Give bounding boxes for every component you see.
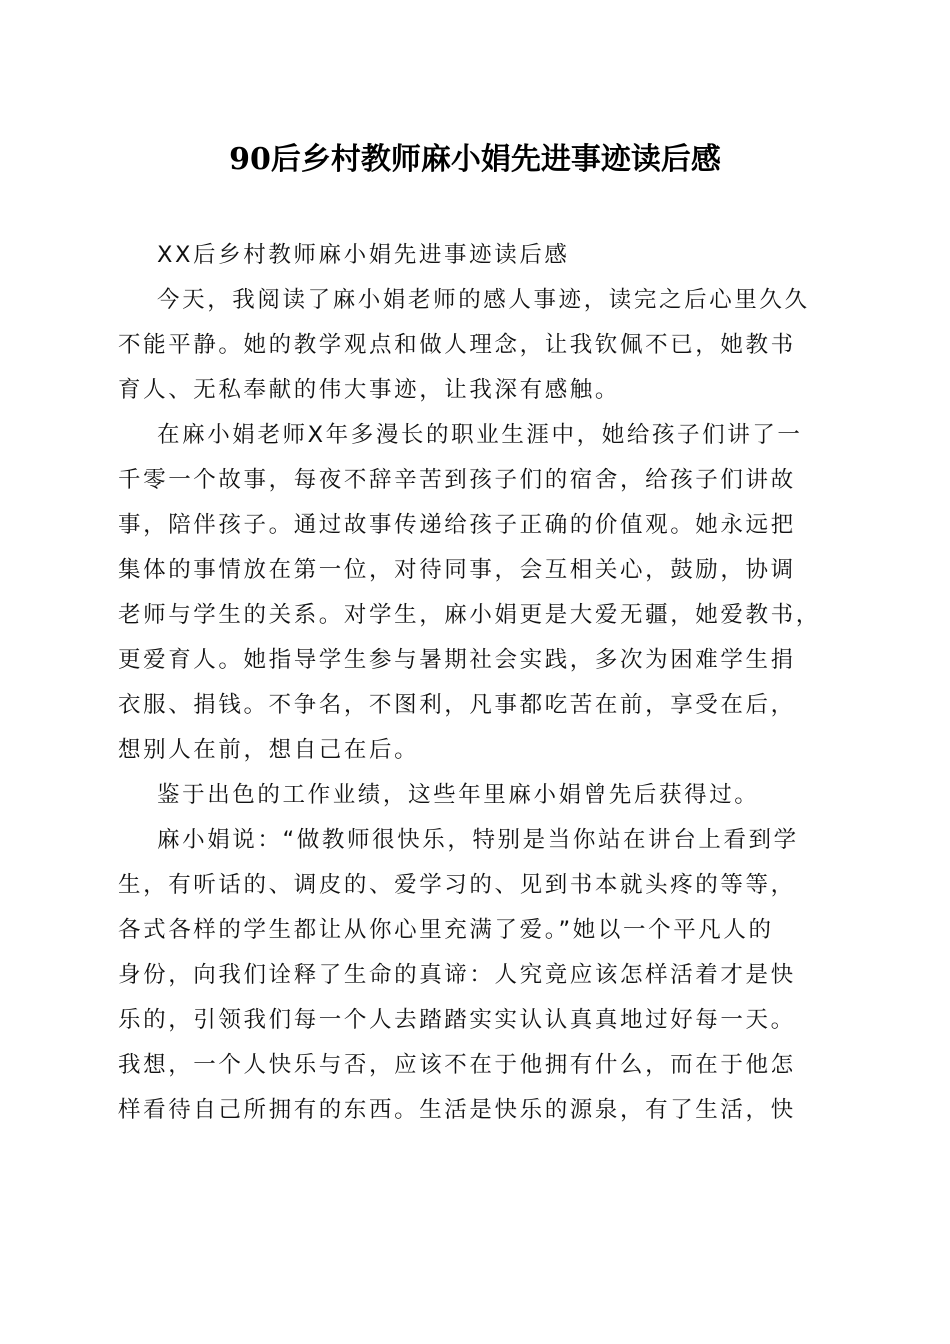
body-line: 身份，向我们诠释了生命的真谛：人究竟应该怎样活着才是快 (118, 953, 838, 998)
body-line: 千零一个故事，每夜不辞辛苦到孩子们的宿舍，给孩子们讲故 (118, 458, 838, 503)
body-line: 不能平静。她的教学观点和做人理念，让我钦佩不已，她教书 (118, 323, 838, 368)
body-line: 更爱育人。她指导学生参与暑期社会实践，多次为困难学生捐 (118, 638, 838, 683)
body-line: 在麻小娟老师X年多漫长的职业生涯中，她给孩子们讲了一 (118, 413, 838, 458)
body-line: 我想，一个人快乐与否，应该不在于他拥有什么，而在于他怎 (118, 1043, 838, 1088)
document-title: 90后乡村教师麻小娟先进事迹读后感 (0, 138, 950, 182)
body-line: 今天，我阅读了麻小娟老师的感人事迹，读完之后心里久久 (118, 278, 838, 323)
body-line: 衣服、捐钱。不争名，不图利，凡事都吃苦在前，享受在后， (118, 683, 838, 728)
body-line: 鉴于出色的工作业绩，这些年里麻小娟曾先后获得过。 (118, 773, 838, 818)
body-line: 乐的，引领我们每一个人去踏踏实实认认真真地过好每一天。 (118, 998, 838, 1043)
body-line: 育人、无私奉献的伟大事迹，让我深有感触。 (118, 368, 838, 413)
body-line: 事，陪伴孩子。通过故事传递给孩子正确的价值观。她永远把 (118, 503, 838, 548)
subtitle-line: XX后乡村教师麻小娟先进事迹读后感 (118, 233, 838, 278)
body-line: 老师与学生的关系。对学生，麻小娟更是大爱无疆，她爱教书， (118, 593, 838, 638)
body-line: 想别人在前，想自己在后。 (118, 728, 838, 773)
body-line: 麻小娟说：“做教师很快乐，特别是当你站在讲台上看到学 (118, 818, 838, 863)
body-line: 生，有听话的、调皮的、爱学习的、见到书本就头疼的等等， (118, 863, 838, 908)
body-line: 样看待自己所拥有的东西。生活是快乐的源泉，有了生活，快 (118, 1088, 838, 1133)
document-body: XX后乡村教师麻小娟先进事迹读后感 今天，我阅读了麻小娟老师的感人事迹，读完之后… (118, 233, 838, 1133)
document-page: 90后乡村教师麻小娟先进事迹读后感 XX后乡村教师麻小娟先进事迹读后感 今天，我… (0, 0, 950, 1344)
body-line: 各式各样的学生都让从你心里充满了爱。”她以一个平凡人的 (118, 908, 838, 953)
body-line: 集体的事情放在第一位，对待同事，会互相关心，鼓励，协调 (118, 548, 838, 593)
